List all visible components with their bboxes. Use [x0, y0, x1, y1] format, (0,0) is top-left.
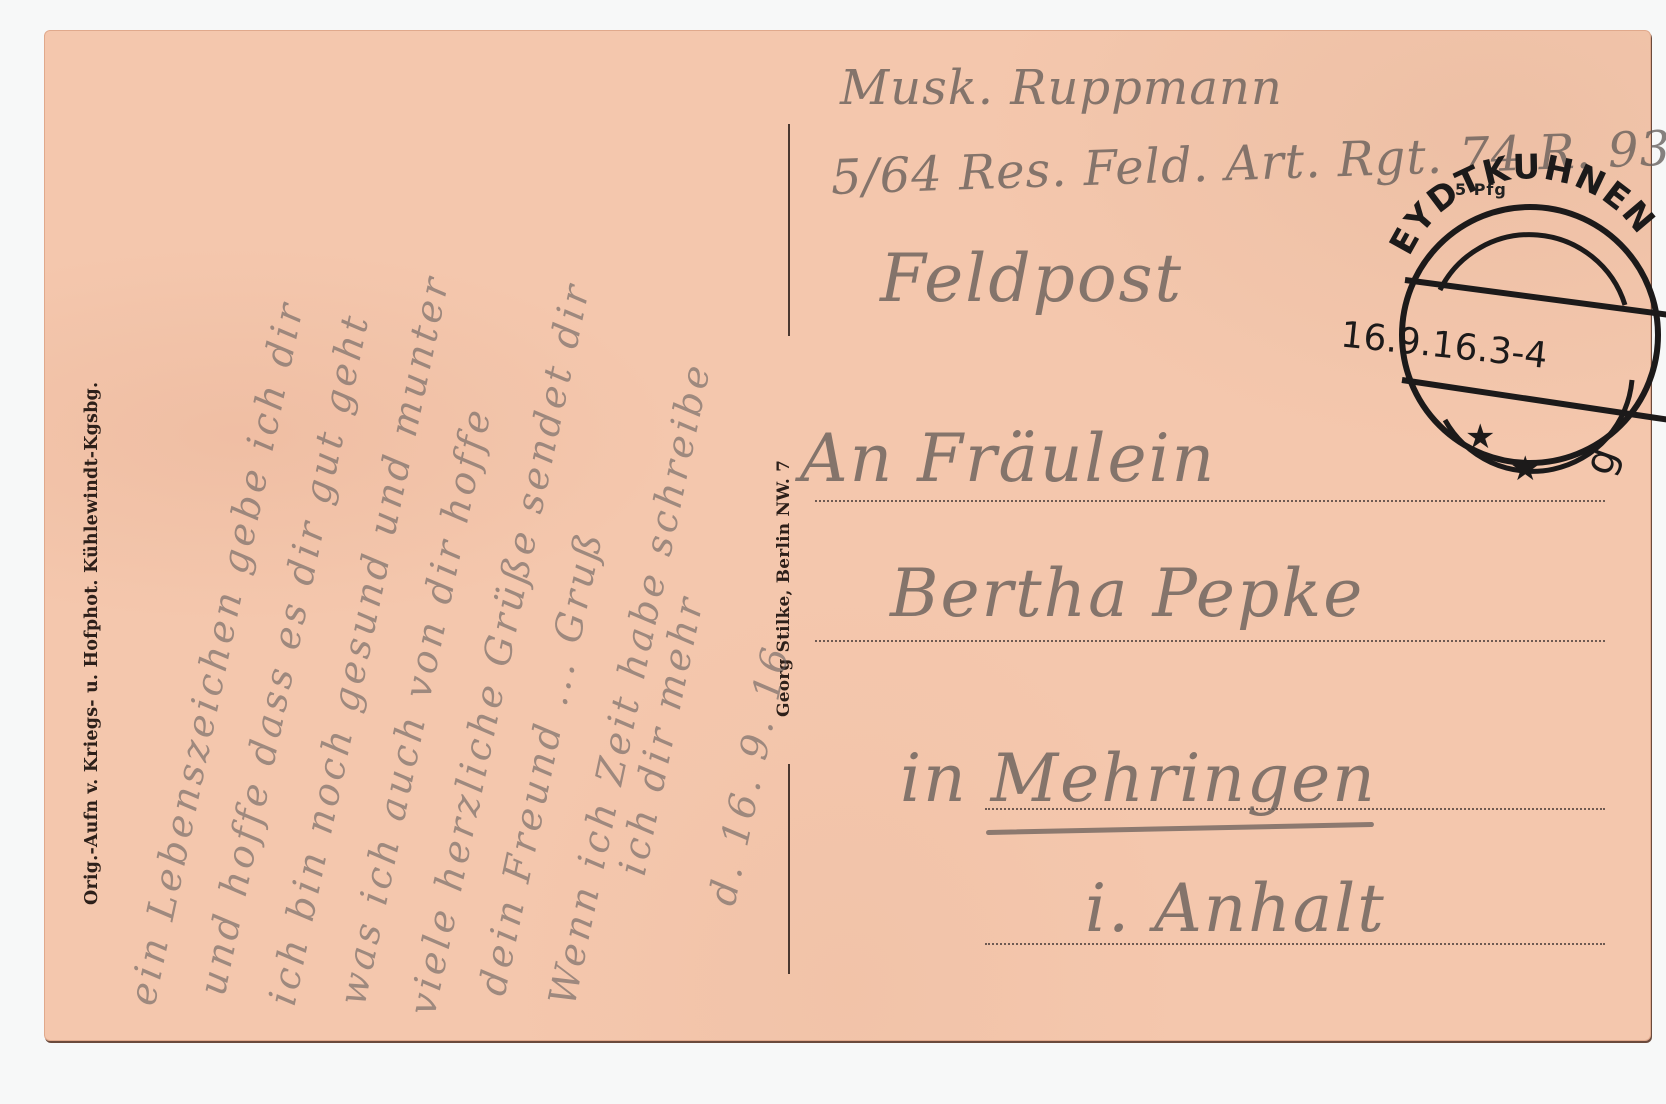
photo-credit: Orig.-Aufn v. Kriegs- u. Hofphot. Kühlew… — [82, 382, 102, 905]
recipient-name: Bertha Pepke — [890, 555, 1364, 632]
star-icon: ★ — [1510, 449, 1540, 489]
feldpost-mark: Feldpost — [880, 240, 1183, 317]
divider-line-top — [788, 124, 790, 336]
divider-line-bottom — [788, 764, 790, 974]
postmark-date: 16.9.16.3-4 — [1339, 314, 1550, 376]
sender-name: Musk. Ruppmann — [840, 60, 1283, 116]
postmark-letter: g — [1575, 441, 1627, 481]
recipient-region: i. Anhalt — [1085, 870, 1386, 947]
salutation: An Fräulein — [800, 420, 1216, 497]
recipient-town: in Mehringen — [900, 740, 1377, 817]
address-line-2 — [815, 640, 1605, 642]
star-icon: ★ — [1465, 417, 1495, 457]
postmark-stamp: EYDTKUHNEN 16.9.16.3-4 ★ ★ g — [1370, 180, 1666, 520]
